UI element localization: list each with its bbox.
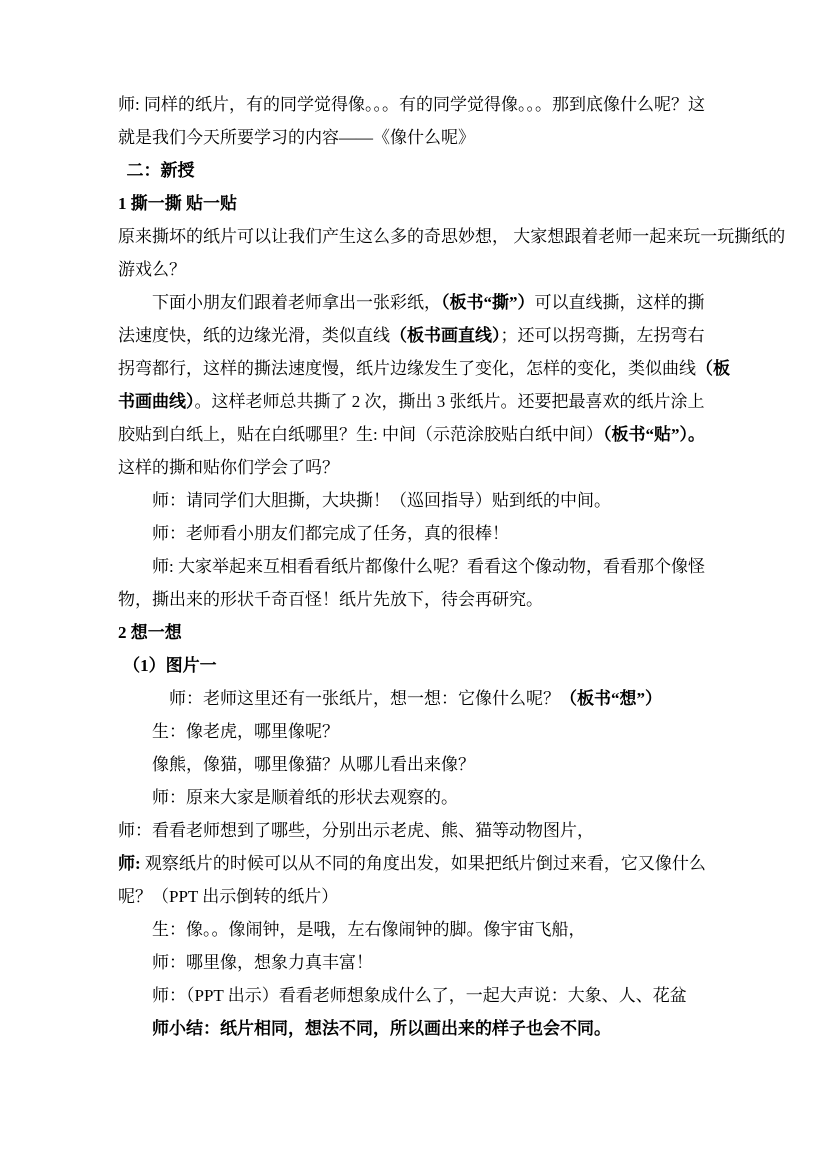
text-line: 法速度快，纸的边缘光滑，类似直线（板书画直线）；还可以拐弯撕，左拐弯右 [118, 319, 738, 352]
text-run: （板书“贴”）。 [603, 425, 705, 444]
text-run: 观察纸片的时候可以从不同的角度出发，如果把纸片倒过来看，它又像什么 [141, 854, 706, 873]
text-line: 原来撕坏的纸片可以让我们产生这么多的奇思妙想， 大家想跟着老师一起来玩一玩撕纸的 [118, 220, 738, 253]
text-line: 书画曲线）。这样老师总共撕了 2 次，撕出 3 张纸片。还要把最喜欢的纸片涂上 [118, 385, 738, 418]
text-run: 生：像老虎，哪里像呢？ [152, 722, 339, 741]
text-run: 师：老师看小朋友们都完成了任务，真的很棒！ [152, 524, 509, 543]
text-run: 师: [118, 854, 141, 873]
text-run: 师：老师这里还有一张纸片，想一想：它像什么呢？ [169, 689, 560, 708]
text-run: （板书“想”） [560, 689, 662, 708]
text-line: 这样的撕和贴你们学会了吗？ [118, 451, 738, 484]
text-run: （板书“撕”） [441, 293, 535, 312]
text-run: 这样的撕和贴你们学会了吗？ [118, 458, 339, 477]
text-run: 法速度快，纸的边缘光滑，类似直线 [118, 326, 390, 345]
text-run: （板 [696, 359, 730, 378]
text-run: 师：哪里像，想象力真丰富！ [152, 953, 373, 972]
text-line: 师：原来大家是顺着纸的形状去观察的。 [118, 781, 738, 814]
text-run: 2 想一想 [118, 623, 182, 642]
text-line: 师: 大家举起来互相看看纸片都像什么呢？看看这个像动物，看看那个像怪 [118, 550, 738, 583]
text-line: （1）图片一 [118, 649, 738, 682]
text-run: 呢？（PPT 出示倒转的纸片） [118, 887, 338, 906]
text-run: 二：新授 [127, 161, 195, 180]
text-line: 师小结：纸片相同，想法不同，所以画出来的样子也会不同。 [118, 1012, 738, 1045]
document-page: 师: 同样的纸片，有的同学觉得像。。。有的同学觉得像。。。那到底像什么呢？这就是… [0, 0, 827, 1170]
text-run: 下面小朋友们跟着老师拿出一张彩纸， [152, 293, 441, 312]
text-line: 二：新授 [118, 154, 738, 187]
text-run: 胶贴到白纸上，贴在白纸哪里？生: 中间（示范涂胶贴白纸中间） [118, 425, 603, 444]
text-line: 物，撕出来的形状千奇百怪！纸片先放下，待会再研究。 [118, 583, 738, 616]
text-run: 师：原来大家是顺着纸的形状去观察的。 [152, 788, 458, 807]
text-line: 呢？（PPT 出示倒转的纸片） [118, 880, 738, 913]
text-run: 书画曲线） [118, 392, 195, 411]
text-line: 师: 观察纸片的时候可以从不同的角度出发，如果把纸片倒过来看，它又像什么 [118, 847, 738, 880]
text-run: 就是我们今天所要学习的内容——《像什么呢》 [118, 128, 475, 147]
text-run: 师: 大家举起来互相看看纸片都像什么呢？看看这个像动物，看看那个像怪 [152, 557, 705, 576]
text-line: 师: 同样的纸片，有的同学觉得像。。。有的同学觉得像。。。那到底像什么呢？这 [118, 88, 738, 121]
text-line: 就是我们今天所要学习的内容——《像什么呢》 [118, 121, 738, 154]
text-line: 师：请同学们大胆撕，大块撕！（巡回指导）贴到纸的中间。 [118, 484, 738, 517]
text-run: 师：（PPT 出示）看看老师想象成什么了，一起大声说：大象、人、花盆 [152, 986, 687, 1005]
text-run: 可以直线撕，这样的撕 [535, 293, 705, 312]
text-line: 下面小朋友们跟着老师拿出一张彩纸，（板书“撕”）可以直线撕，这样的撕 [118, 286, 738, 319]
text-line: 胶贴到白纸上，贴在白纸哪里？生: 中间（示范涂胶贴白纸中间）（板书“贴”）。 [118, 418, 738, 451]
text-run: 师: 同样的纸片，有的同学觉得像。。。有的同学觉得像。。。那到底像什么呢？这 [118, 95, 705, 114]
text-run: （1）图片一 [123, 656, 217, 675]
text-line: 游戏么？ [118, 253, 738, 286]
text-line: 1 撕一撕 贴一贴 [118, 187, 738, 220]
text-run: 师：看看老师想到了哪些，分别出示老虎、熊、猫等动物图片， [118, 821, 594, 840]
text-line: 生：像老虎，哪里像呢？ [118, 715, 738, 748]
text-run: 。这样老师总共撕了 2 次，撕出 3 张纸片。还要把最喜欢的纸片涂上 [195, 392, 705, 411]
text-run: 像熊，像猫，哪里像猫？从哪儿看出来像？ [152, 755, 475, 774]
text-line: 像熊，像猫，哪里像猫？从哪儿看出来像？ [118, 748, 738, 781]
text-run: 1 撕一撕 贴一贴 [118, 194, 237, 213]
text-run: 物，撕出来的形状千奇百怪！纸片先放下，待会再研究。 [118, 590, 543, 609]
text-run: 师：请同学们大胆撕，大块撕！（巡回指导）贴到纸的中间。 [152, 491, 611, 510]
text-line: 师：哪里像，想象力真丰富！ [118, 946, 738, 979]
text-run: 师小结：纸片相同，想法不同，所以画出来的样子也会不同。 [152, 1019, 611, 1038]
text-run: 原来撕坏的纸片可以让我们产生这么多的奇思妙想， 大家想跟着老师一起来玩一玩撕纸的 [118, 227, 785, 246]
text-line: 2 想一想 [118, 616, 738, 649]
text-run: 游戏么？ [118, 260, 186, 279]
text-line: 师：老师看小朋友们都完成了任务，真的很棒！ [118, 517, 738, 550]
text-run: ；还可以拐弯撕，左拐弯右 [501, 326, 705, 345]
text-line: 拐弯都行，这样的撕法速度慢，纸片边缘发生了变化，怎样的变化，类似曲线（板 [118, 352, 738, 385]
text-line: 生：像。。像闹钟，是哦，左右像闹钟的脚。像宇宙飞船， [118, 913, 738, 946]
text-line: 师：老师这里还有一张纸片，想一想：它像什么呢？（板书“想”） [118, 682, 738, 715]
text-line: 师：看看老师想到了哪些，分别出示老虎、熊、猫等动物图片， [118, 814, 738, 847]
text-run: 生：像。。像闹钟，是哦，左右像闹钟的脚。像宇宙飞船， [152, 920, 586, 939]
text-run: 拐弯都行，这样的撕法速度慢，纸片边缘发生了变化，怎样的变化，类似曲线 [118, 359, 696, 378]
text-run: （板书画直线） [390, 326, 501, 345]
document-body: 师: 同样的纸片，有的同学觉得像。。。有的同学觉得像。。。那到底像什么呢？这就是… [118, 88, 738, 1045]
text-line: 师：（PPT 出示）看看老师想象成什么了，一起大声说：大象、人、花盆 [118, 979, 738, 1012]
